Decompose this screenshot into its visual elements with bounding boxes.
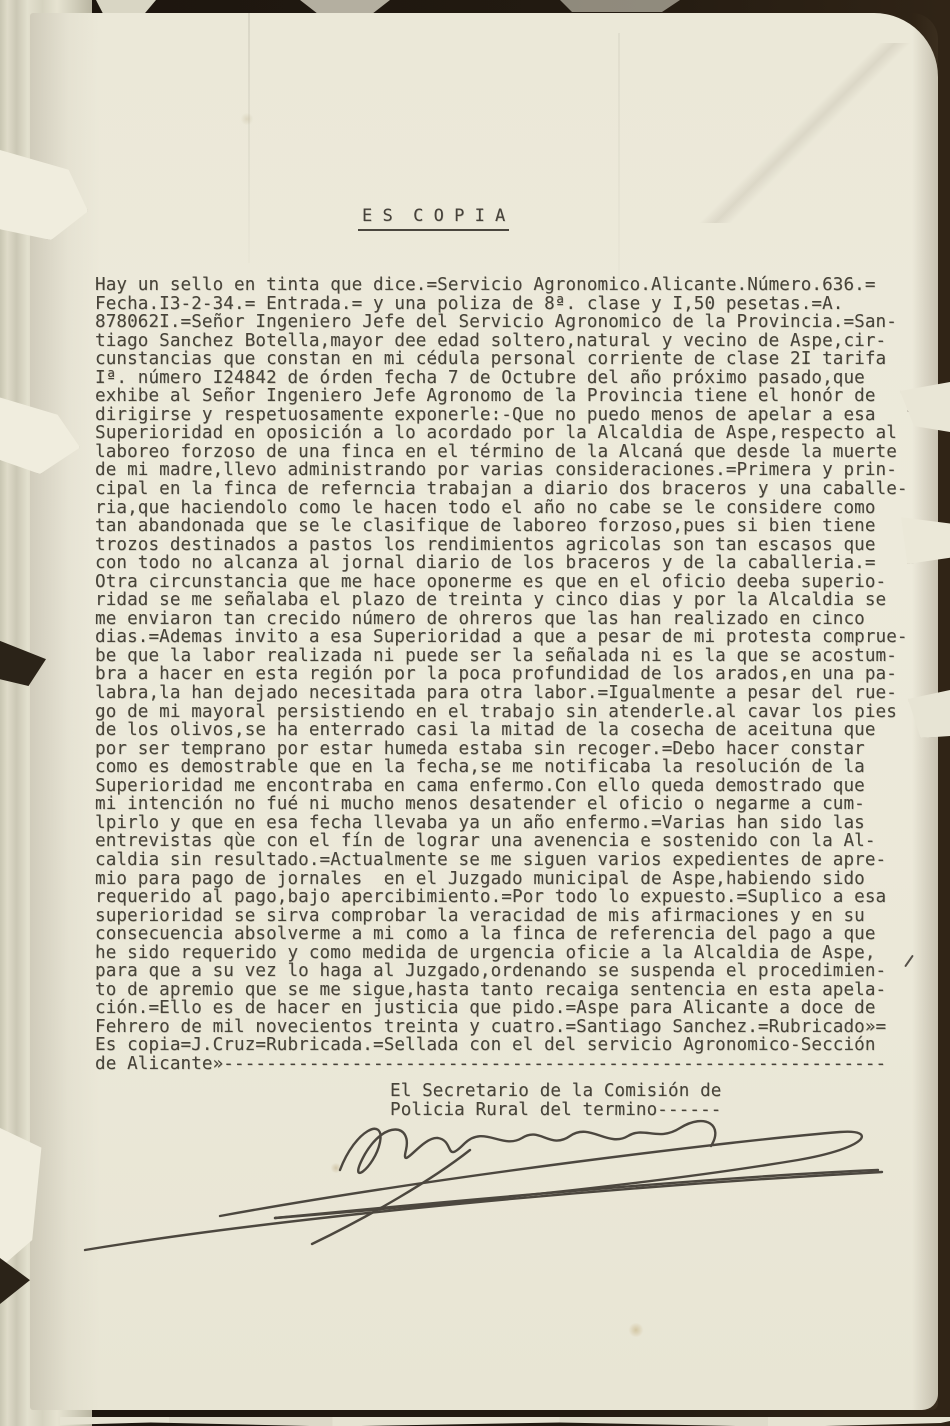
document-title: E S C O P I A: [358, 206, 509, 231]
body-line: tiago Sanchez Botella,mayor dee edad sol…: [95, 332, 925, 351]
body-line: he sido requerido y como medida de urgen…: [95, 944, 925, 963]
paper-stain: [628, 1323, 644, 1337]
document-body: Hay un sello en tinta que dice.=Servicio…: [95, 276, 925, 1074]
body-line: bra a hacer en esta región por la poca p…: [95, 665, 925, 684]
body-line: Hay un sello en tinta que dice.=Servicio…: [95, 276, 925, 295]
paper-wrinkle: [690, 43, 920, 223]
body-line: cunstancias que constan en mi cédula per…: [95, 350, 925, 369]
body-line: tan abandonada que se le clasifique de l…: [95, 517, 925, 536]
paper-stain: [240, 113, 254, 125]
body-line: me enviaron tan crecido número de ohrero…: [95, 610, 925, 629]
body-line: de Alicante»----------------------------…: [95, 1055, 925, 1074]
body-line: de mi madre,llevo administrando por vari…: [95, 461, 925, 480]
body-line: trozos destinados a pastos los rendimien…: [95, 536, 925, 555]
body-line: dirigirse y respetuosamente exponerle:-Q…: [95, 406, 925, 425]
body-line: mi intención no fué ni mucho menos desat…: [95, 795, 925, 814]
body-line: Es copia=J.Cruz=Rubricada.=Sellada con e…: [95, 1036, 925, 1055]
body-line: superioridad se sirva comprobar la verac…: [95, 907, 925, 926]
body-line: exhibe al Señor Ingeniero Jefe Agronomo …: [95, 387, 925, 406]
bottom-torn-edge: [60, 1417, 950, 1426]
body-line: de los olivos,se ha enterrado casi la mi…: [95, 721, 925, 740]
body-line: como es demostrable que en la fecha,se m…: [95, 758, 925, 777]
body-line: requerido al pago,bajo apercibimiento.=P…: [95, 888, 925, 907]
body-line: Fecha.I3-2-34.= Entrada.= y una poliza d…: [95, 295, 925, 314]
document-sheet: E S C O P I A Hay un sello en tinta que …: [30, 13, 938, 1410]
body-line: Fehrero de mil novecientos treinta y cua…: [95, 1018, 925, 1037]
body-line: mio para pago de jornales en el Juzgado …: [95, 870, 925, 889]
body-line: ción.=Ello es de hacer en justicia que p…: [95, 999, 925, 1018]
body-line: entrevistas qùe con el fín de lograr una…: [95, 832, 925, 851]
paper-crease: [248, 13, 250, 263]
body-line: Iª. número I24842 de órden fecha 7 de Oc…: [95, 369, 925, 388]
body-line: por ser temprano por estar humeda estaba…: [95, 740, 925, 759]
body-line: cipal en la finca de referncia trabajan …: [95, 480, 925, 499]
body-line: to de apremio que se me sigue,hasta tant…: [95, 981, 925, 1000]
scanned-document-page: E S C O P I A Hay un sello en tinta que …: [0, 0, 950, 1426]
body-line: Superioridad en oposición a lo acordado …: [95, 424, 925, 443]
body-line: ria,que haciendolo como le hacen todo el…: [95, 499, 925, 518]
body-line: Superioridad me encontraba en cama enfer…: [95, 777, 925, 796]
body-line: laboreo forzoso de una finca en el térmi…: [95, 443, 925, 462]
torn-paper-fragment: [560, 0, 680, 12]
body-line: con todo no alcanza al jornal diario de …: [95, 554, 925, 573]
body-line: be que la labor realizada ni puede ser l…: [95, 647, 925, 666]
body-line: go de mi mayoral persistiendo en el trab…: [95, 703, 925, 722]
body-line: dias.=Ademas invito a esa Superioridad a…: [95, 628, 925, 647]
torn-paper-fragment: [300, 0, 390, 14]
body-line: 878062I.=Señor Ingeniero Jefe del Servic…: [95, 313, 925, 332]
body-line: labra,la han dejado necesitada para otra…: [95, 684, 925, 703]
body-line: para que a su vez lo haga al Juzgado,ord…: [95, 962, 925, 981]
body-line: Otra circunstancia que me hace oponerme …: [95, 573, 925, 592]
body-line: ridad se me señalaba el plazo de treinta…: [95, 591, 925, 610]
body-line: consecuencia absolverme a mi como a la f…: [95, 925, 925, 944]
handwritten-signature: [40, 1098, 900, 1263]
body-line: lpirlo y que en esa fecha llevaba ya un …: [95, 814, 925, 833]
body-line: caldia sin resultado.=Actualmente se me …: [95, 851, 925, 870]
